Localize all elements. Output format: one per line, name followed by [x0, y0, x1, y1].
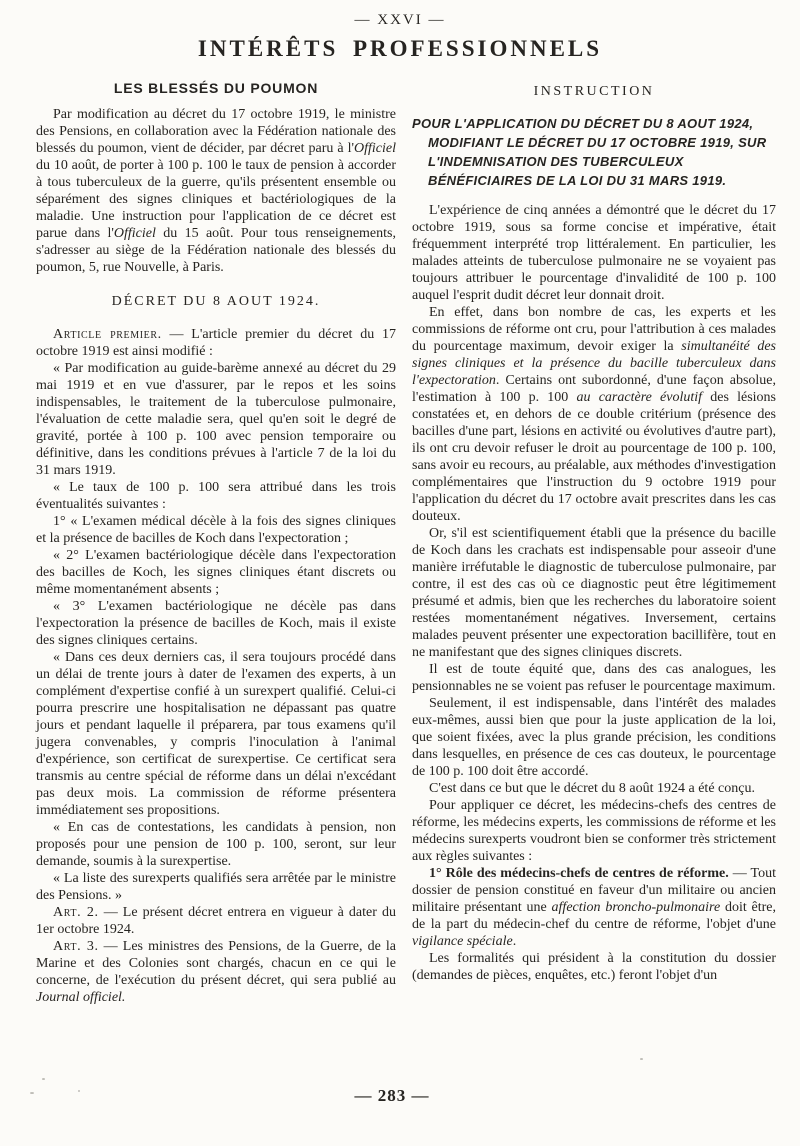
paragraph-article-3: Art. 3. — Les ministres des Pensions, de…: [36, 938, 396, 1006]
decret-heading: DÉCRET DU 8 AOUT 1924.: [36, 294, 396, 310]
text-segment-italic: affection broncho-pulmonaire: [552, 900, 721, 915]
text-segment-italic: Officiel: [354, 141, 396, 156]
paragraph-item-3: « 3° L'examen bactériologique ne décèle …: [36, 598, 396, 649]
page-number-bottom: — 283 —: [0, 1086, 784, 1106]
text-segment-italic: vigilance spéciale: [412, 934, 513, 949]
right-column: INSTRUCTION POUR L'APPLICATION DU DÉCRET…: [412, 80, 776, 984]
paragraph-equite: Il est de toute équité que, dans des cas…: [412, 661, 776, 695]
paragraph-formalites: Les formalités qui président à la consti…: [412, 950, 776, 984]
page-number-top: — XXVI —: [0, 12, 800, 29]
scan-artifact: [42, 1078, 45, 1080]
left-column: LES BLESSÉS DU POUMON Par modification a…: [36, 80, 396, 1006]
page-title: INTÉRÊTS PROFESSIONNELS: [0, 36, 800, 62]
scan-artifact: [640, 1058, 643, 1060]
rule-lead: 1° Rôle des médecins-chefs de centres de…: [429, 866, 729, 881]
article-lead: Art. 2.: [53, 905, 99, 920]
paragraph-pour-appliquer: Pour appliquer ce décret, les médecins-c…: [412, 797, 776, 865]
paragraph-item-2: « 2° L'examen bactériologique décèle dan…: [36, 547, 396, 598]
paragraph-seulement: Seulement, il est indispensable, dans l'…: [412, 695, 776, 780]
instruction-subheading: POUR L'APPLICATION DU DÉCRET DU 8 AOUT 1…: [412, 114, 776, 190]
article-lead: Art. 3.: [53, 939, 99, 954]
scan-artifact: [30, 1092, 34, 1094]
paragraph-quote-3: « Dans ces deux derniers cas, il sera to…: [36, 649, 396, 819]
text-segment: Par modification au décret du 17 octobre…: [36, 107, 396, 156]
paragraph-or-sil-est: Or, s'il est scientifiquement établi que…: [412, 525, 776, 661]
section-heading-blesses-du-poumon: LES BLESSÉS DU POUMON: [36, 80, 396, 96]
paragraph-role-medecins-chefs: 1° Rôle des médecins-chefs de centres de…: [412, 865, 776, 950]
article-lead: Article premier.: [53, 327, 162, 342]
scan-artifact: [78, 1090, 80, 1092]
text-segment-italic: Officiel: [114, 226, 156, 241]
paragraph-article-2: Art. 2. — Le présent décret entrera en v…: [36, 904, 396, 938]
paragraph-en-effet: En effet, dans bon nombre de cas, les ex…: [412, 304, 776, 525]
text-segment-italic: Journal officiel.: [36, 990, 125, 1005]
paragraph-intro: Par modification au décret du 17 octobre…: [36, 106, 396, 276]
paragraph-quote-4: « En cas de contestations, les candidats…: [36, 819, 396, 870]
paragraph-quote-1: « Par modification au guide-barème annex…: [36, 360, 396, 479]
document-page: — XXVI — INTÉRÊTS PROFESSIONNELS LES BLE…: [0, 0, 800, 1146]
text-segment: .: [513, 934, 517, 949]
section-heading-instruction: INSTRUCTION: [412, 84, 776, 100]
paragraph-quote-5: « La liste des surexperts qualifiés sera…: [36, 870, 396, 904]
paragraph-cest-dans-ce-but: C'est dans ce but que le décret du 8 aoû…: [412, 780, 776, 797]
paragraph-item-1: 1° « L'examen médical décèle à la fois d…: [36, 513, 396, 547]
paragraph-quote-2: « Le taux de 100 p. 100 sera attribué da…: [36, 479, 396, 513]
text-segment-italic: au caractère évolutif: [577, 390, 703, 405]
text-segment: des lésions constatées et, en dehors de …: [412, 390, 776, 524]
paragraph-experience: L'expérience de cinq années a démontré q…: [412, 202, 776, 304]
paragraph-article-premier: Article premier. — L'article premier du …: [36, 326, 396, 360]
